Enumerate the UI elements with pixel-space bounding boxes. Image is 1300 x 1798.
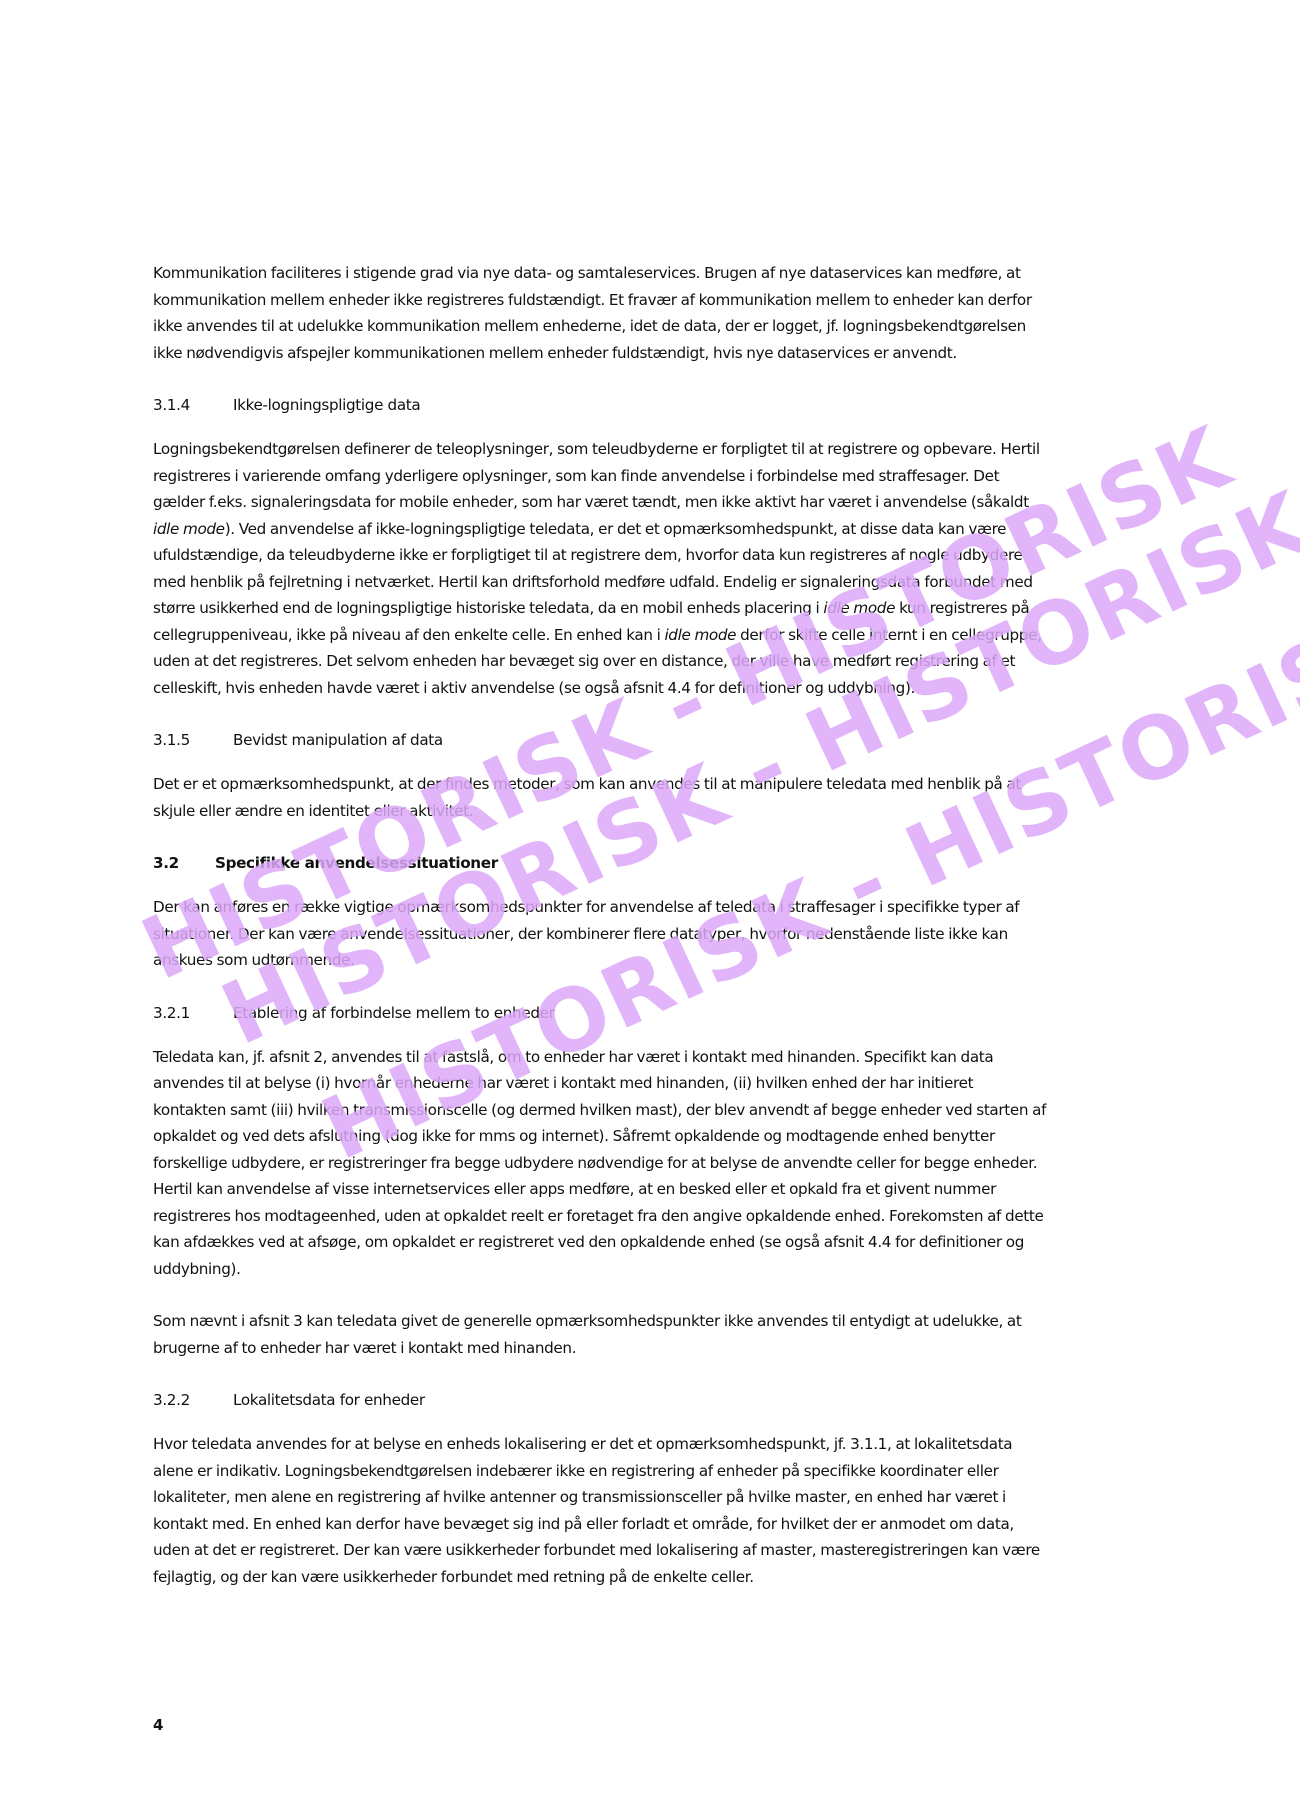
heading-3-1-4: 3.1.4 Ikke-logningspligtige data: [153, 392, 1173, 418]
section-title: Specifikke anvendelsessituationer: [215, 850, 498, 876]
paragraph-3-1-5: Det er et opmærksomhedspunkt, at der fin…: [153, 771, 1173, 824]
text-line: uden at det registreres. Det selvom enhe…: [153, 648, 1173, 675]
heading-3-1-5: 3.1.5 Bevidst manipulation af data: [153, 727, 1173, 753]
text-line: forskellige udbydere, er registreringer …: [153, 1150, 1173, 1177]
text-line: større usikkerhed end de logningspligtig…: [153, 595, 1173, 622]
text-line: alene er indikativ. Logningsbekendtgørel…: [153, 1458, 1173, 1485]
document-page: Kommunikation faciliteres i stigende gra…: [0, 0, 1300, 1798]
paragraph-3-2-1: Teledata kan, jf. afsnit 2, anvendes til…: [153, 1044, 1173, 1283]
text-line: registreres i varierende omfang yderlige…: [153, 463, 1173, 490]
text-line: ufuldstændige, da teleudbyderne ikke er …: [153, 542, 1173, 569]
text-line: idle mode). Ved anvendelse af ikke-logni…: [153, 516, 1173, 543]
section-number: 3.1.4: [153, 392, 233, 418]
section-number: 3.2: [153, 850, 215, 876]
text-line: ikke nødvendigvis afspejler kommunikatio…: [153, 340, 1173, 367]
text-line: opkaldet og ved dets afslutning (dog ikk…: [153, 1123, 1173, 1150]
text-line: anskues som udtømmende.: [153, 947, 1173, 974]
page-number: 4: [153, 1716, 163, 1734]
paragraph-3-2: Der kan anføres en række vigtige opmærks…: [153, 894, 1173, 974]
section-title: Lokalitetsdata for enheder: [233, 1387, 425, 1413]
text-line: kontakten samt (iii) hvilken transmissio…: [153, 1097, 1173, 1124]
section-title: Ikke-logningspligtige data: [233, 392, 420, 418]
paragraph-3-2-2: Hvor teledata anvendes for at belyse en …: [153, 1431, 1173, 1590]
text-line: cellegruppeniveau, ikke på niveau af den…: [153, 622, 1173, 649]
section-number: 3.1.5: [153, 727, 233, 753]
paragraph-intro: Kommunikation faciliteres i stigende gra…: [153, 260, 1173, 366]
section-title: Etablering af forbindelse mellem to enhe…: [233, 1000, 555, 1026]
heading-3-2-2: 3.2.2 Lokalitetsdata for enheder: [153, 1387, 1173, 1413]
text-line: fejlagtig, og der kan være usikkerheder …: [153, 1564, 1173, 1591]
text-line: anvendes til at belyse (i) hvornår enhed…: [153, 1070, 1173, 1097]
text-line: registreres hos modtageenhed, uden at op…: [153, 1203, 1173, 1230]
text-line: Som nævnt i afsnit 3 kan teledata givet …: [153, 1308, 1173, 1335]
text-line: gælder f.eks. signaleringsdata for mobil…: [153, 489, 1173, 516]
text-line: med henblik på fejlretning i netværket. …: [153, 569, 1173, 596]
text-line: skjule eller ændre en identitet eller ak…: [153, 798, 1173, 825]
text-line: kontakt med. En enhed kan derfor have be…: [153, 1511, 1173, 1538]
heading-3-2: 3.2 Specifikke anvendelsessituationer: [153, 850, 1173, 876]
text-line: ikke anvendes til at udelukke kommunikat…: [153, 313, 1173, 340]
text-line: Der kan anføres en række vigtige opmærks…: [153, 894, 1173, 921]
section-number: 3.2.2: [153, 1387, 233, 1413]
text-line: brugerne af to enheder har været i konta…: [153, 1335, 1173, 1362]
text-line: Kommunikation faciliteres i stigende gra…: [153, 260, 1173, 287]
text-line: situationer. Der kan være anvendelsessit…: [153, 921, 1173, 948]
text-line: lokaliteter, men alene en registrering a…: [153, 1484, 1173, 1511]
heading-3-2-1: 3.2.1 Etablering af forbindelse mellem t…: [153, 1000, 1173, 1026]
text-line: Det er et opmærksomhedspunkt, at der fin…: [153, 771, 1173, 798]
text-line: kommunikation mellem enheder ikke regist…: [153, 287, 1173, 314]
paragraph-3-1-4: Logningsbekendtgørelsen definerer de tel…: [153, 436, 1173, 701]
section-number: 3.2.1: [153, 1000, 233, 1026]
section-title: Bevidst manipulation af data: [233, 727, 443, 753]
text-line: celleskift, hvis enheden havde været i a…: [153, 675, 1173, 702]
text-line: Teledata kan, jf. afsnit 2, anvendes til…: [153, 1044, 1173, 1071]
text-line: Hertil kan anvendelse af visse internets…: [153, 1176, 1173, 1203]
text-line: kan afdækkes ved at afsøge, om opkaldet …: [153, 1229, 1173, 1256]
text-line: Logningsbekendtgørelsen definerer de tel…: [153, 436, 1173, 463]
text-line: Hvor teledata anvendes for at belyse en …: [153, 1431, 1173, 1458]
document-body: Kommunikation faciliteres i stigende gra…: [153, 260, 1173, 1616]
text-line: uden at det er registreret. Der kan være…: [153, 1537, 1173, 1564]
text-line: uddybning).: [153, 1256, 1173, 1283]
paragraph-3-2-1-b: Som nævnt i afsnit 3 kan teledata givet …: [153, 1308, 1173, 1361]
